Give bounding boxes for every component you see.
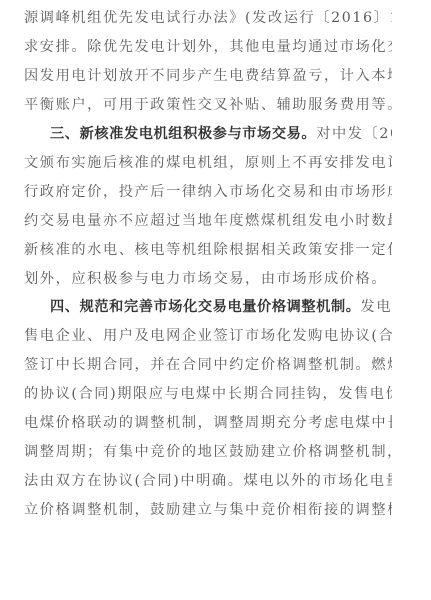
document-page: 源调峰机组优先发电试行办法》(发改运行〔2016〕1558号)有关要 求安排。除… <box>0 0 431 600</box>
text-line: 售电企业、用户及电网企业签订市场化发购电协议(合同)，鼓励 <box>24 326 392 346</box>
text-run: 对中发〔2015〕9号 <box>316 126 392 142</box>
text-line: 划外，应积极参与电力市场交易，由市场形成价格。 <box>24 269 392 289</box>
text-line: 签订中长期合同，并在合同中约定价格调整机制。燃煤发电企业 <box>24 355 392 375</box>
text-line: 因发用电计划放开不同步产生电费结算盈亏，计入本地输配电价 <box>24 66 392 86</box>
text-line: 的协议(合同)期限应与电煤中长期合同挂钩，发售电价格建立与 <box>24 384 392 404</box>
text-line: 文颁布实施后核准的煤电机组，原则上不再安排发电计划，不再执 <box>24 153 392 173</box>
text-line: 新核准的水电、核电等机组除根据相关政策安排一定优先发电计 <box>24 240 392 260</box>
section-heading: 四、规范和完善市场化交易电量价格调整机制。 <box>50 299 361 315</box>
text-line: 源调峰机组优先发电试行办法》(发改运行〔2016〕1558号)有关要 <box>24 8 392 28</box>
text-line: 平衡账户，可用于政策性交叉补贴、辅助服务费用等。 <box>24 95 392 115</box>
text-line: 行政府定价，投产后一律纳入市场化交易和由市场形成价格，但签 <box>24 182 392 202</box>
text-line: 电煤价格联动的调整机制，调整周期充分考虑电煤中长期合同的 <box>24 413 392 433</box>
text-line: 求安排。除优先发电计划外，其他电量均通过市场化交易实现，如 <box>24 37 392 57</box>
section-four-line: 四、规范和完善市场化交易电量价格调整机制。发电企业与 <box>50 297 392 317</box>
section-three-line: 三、新核准发电机组积极参与市场交易。对中发〔2015〕9号 <box>50 124 392 144</box>
text-run: 发电企业与 <box>361 299 392 315</box>
text-line: 约交易电量亦不应超过当地年度燃煤机组发电小时数最高上限。 <box>24 211 392 231</box>
text-line: 立价格调整机制，鼓励建立与集中竞价相衔接的调整机制。 <box>24 500 392 520</box>
section-heading: 三、新核准发电机组积极参与市场交易。 <box>50 126 316 142</box>
text-line: 调整周期；有集中竞价的地区鼓励建立价格调整机制，具体调整方 <box>24 442 392 462</box>
text-line: 法由双方在协议(合同)中明确。煤电以外的市场化电量也应建 <box>24 471 392 491</box>
